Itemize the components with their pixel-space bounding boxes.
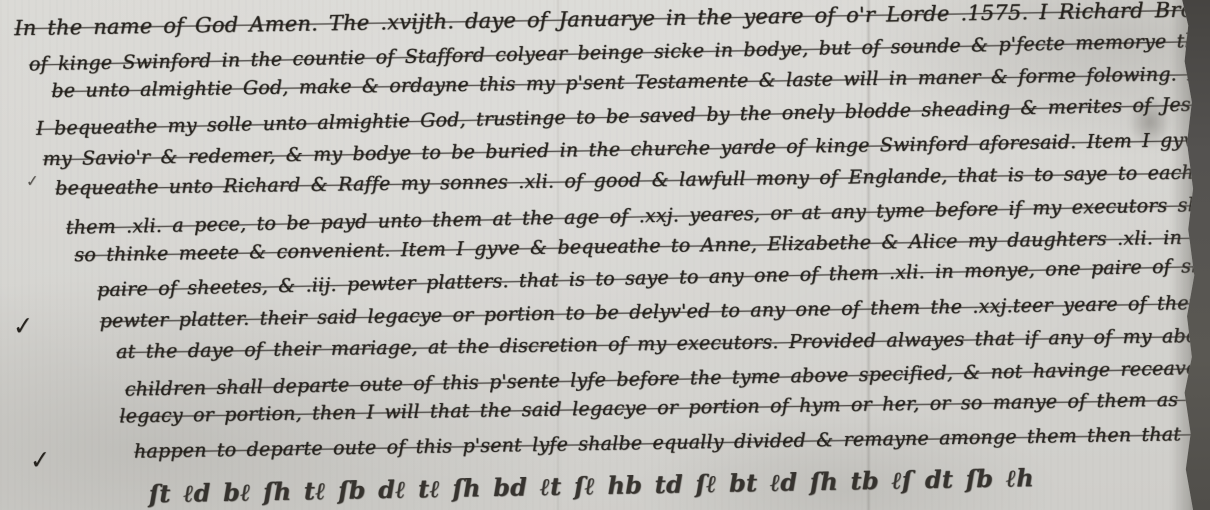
margin-checkmark: ✓	[13, 311, 34, 342]
manuscript-line-15-cutoff: ſt ℓd bℓ ſh tℓ ſb dℓ tℓ ſh bd ℓt ſℓ hb t…	[149, 460, 1184, 510]
scanned-document: In the name of God Amen. The .xvijth. da…	[0, 0, 1210, 510]
parchment-page: In the name of God Amen. The .xvijth. da…	[0, 0, 1210, 510]
manuscript-text-block: In the name of God Amen. The .xvijth. da…	[0, 0, 1184, 510]
margin-checkmark: ✓	[30, 445, 51, 476]
margin-checkmark: ✓	[26, 171, 39, 191]
